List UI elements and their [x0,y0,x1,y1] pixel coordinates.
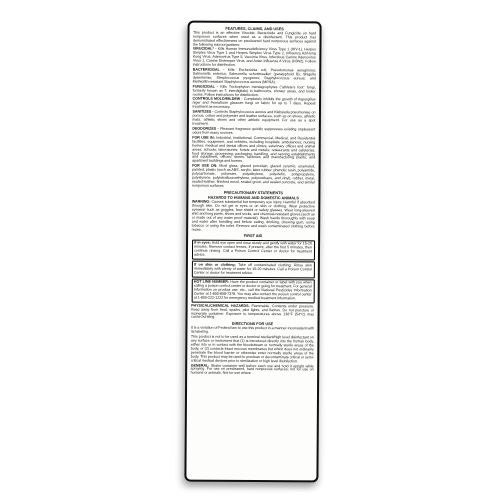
features-intro-paragraph: This product is an effective Virucide, B… [193,31,316,48]
hotline-box: HOT LINE NUMBER: Have the product contai… [191,279,314,304]
mold-mildew-paragraph: CONTROLS MOLD/MILDEW - Completely inhibi… [192,98,315,111]
paragraph-text: Industrial, Institutional, Commercial, M… [192,135,315,163]
warning-paragraph: WARNING: Causes substantial but temporar… [192,200,315,232]
sanitizes-paragraph: SANITIZES - Controls Staphylococcus aure… [192,111,315,128]
fungicidal-paragraph: FUNGICIDAL - Kills Trichophyton mentagro… [193,85,316,98]
paragraph-text: This product is an effective Virucide, B… [193,30,316,46]
paragraph-text: Causes substantial but temporary eye inj… [192,200,315,232]
first-aid-skin-paragraph: If on skin or clothing: Take off contami… [194,263,312,276]
paragraph-text: Hold eye open and rinse slowly and gentl… [194,241,312,257]
page-background: FEATURES, CLAIMS, AND USES This product … [0,0,500,500]
first-aid-eyes-paragraph: If in eyes: Hold eye open and rinse slow… [194,242,312,259]
paragraph-text: It is a violation of Federal law to use … [191,326,314,334]
for-use-in-paragraph: FOR USE IN: Industrial, Institutional, C… [192,136,315,165]
sterilant-restriction-paragraph: This product is not to be used as a term… [191,336,314,365]
first-aid-skin-box: If on skin or clothing: Take off contami… [191,261,314,278]
paragraph-text: Most glass, glazed porcelain, glazed cer… [192,164,315,188]
product-label-card: FEATURES, CLAIMS, AND USES This product … [184,21,321,483]
hotline-paragraph: HOT LINE NUMBER: Have the product contai… [194,281,312,302]
physical-chemical-hazards-paragraph: PHYSICAL/CHEMICAL HAZARDS: Flammable. Co… [191,304,314,321]
for-use-on-paragraph: FOR USE ON: Most glass, glazed porcelain… [192,165,315,190]
paragraph-text: Have the product container or label with… [194,280,312,300]
virucidal-paragraph: VIRUCIDAL* - Kills Human Immunodeficienc… [193,48,316,69]
bactericidal-paragraph: BACTERICIDAL - Kills: Escherichia coli; … [193,69,316,86]
first-aid-eyes-box: If in eyes: Hold eye open and rinse slow… [191,239,314,260]
first-aid-heading: FIRST AID [192,234,315,239]
paragraph-text: Kills Human Immunodeficiency Virus Type … [193,47,316,67]
general-use-paragraph: GENERAL: Shake container well before eac… [191,364,314,377]
paragraph-text: This product is not to be used as a term… [191,335,314,363]
